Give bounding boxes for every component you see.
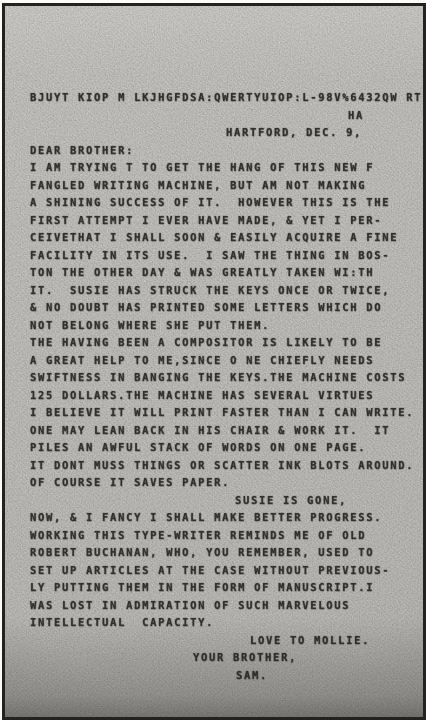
letter-line: THE HAVING BEEN A COMPOSITOR IS LIKELY T… [30,335,423,353]
letter-line: SWIFTNESS IN BANGING THE KEYS.THE MACHIN… [30,370,423,388]
letter-line: HA [30,108,423,126]
letter-line: ONE MAY LEAN BACK IN HIS CHAIR & WORK IT… [30,423,423,441]
letter-line: & NO DOUBT HAS PRINTED SOME LETTERS WHIC… [30,300,423,318]
letter-line: WAS LOST IN ADMIRATION OF SUCH MARVELOUS [30,598,423,616]
letter-line: NOW, & I FANCY I SHALL MAKE BETTER PROGR… [30,510,423,528]
letter-line: CEIVETHAT I SHALL SOON & EASILY ACQUIRE … [30,230,423,248]
letter-line: NOT BELONG WHERE SHE PUT THEM. [30,318,423,336]
letter-line: 125 DOLLARS.THE MACHINE HAS SEVERAL VIRT… [30,388,423,406]
letter-line: LOVE TO MOLLIE. [30,633,423,651]
letter-page: BJUYT KIOP M LKJHGFDSA:QWERTYUIOP:L-98V%… [5,6,423,717]
letter-line: WORKING THIS TYPE-WRITER REMINDS ME OF O… [30,528,423,546]
letter-line: SAM. [30,668,423,686]
letter-line: PILES AN AWFUL STACK OF WORDS ON ONE PAG… [30,440,423,458]
letter-line: SET UP ARTICLES AT THE CASE WITHOUT PREV… [30,563,423,581]
letter-line: SUSIE IS GONE, [30,493,423,511]
letter-line: YOUR BROTHER, [30,650,423,668]
letter-line: BJUYT KIOP M LKJHGFDSA:QWERTYUIOP:L-98V%… [30,90,423,108]
letter-line: A GREAT HELP TO ME,SINCE O NE CHIEFLY NE… [30,353,423,371]
letter-line: DEAR BROTHER: [30,143,423,161]
letter-line: FANGLED WRITING MACHINE, BUT AM NOT MAKI… [30,178,423,196]
letter-line: FACILITY IN ITS USE. I SAW THE THING IN … [30,248,423,266]
letter-body: BJUYT KIOP M LKJHGFDSA:QWERTYUIOP:L-98V%… [30,90,423,685]
letter-line: HARTFORD, DEC. 9, [30,125,423,143]
letter-line: IT DONT MUSS THINGS OR SCATTER INK BLOTS… [30,458,423,476]
letter-line: TON THE OTHER DAY & WAS GREATLY TAKEN WI… [30,265,423,283]
letter-line: FIRST ATTEMPT I EVER HAVE MADE, & YET I … [30,213,423,231]
letter-line: OF COURSE IT SAVES PAPER. [30,475,423,493]
letter-line: LY PUTTING THEM IN THE FORM OF MANUSCRIP… [30,580,423,598]
letter-line: INTELLECTUAL CAPACITY. [30,615,423,633]
letter-line: I AM TRYING T TO GET THE HANG OF THIS NE… [30,160,423,178]
letter-line: IT. SUSIE HAS STRUCK THE KEYS ONCE OR TW… [30,283,423,301]
letter-line: I BELIEVE IT WILL PRINT FASTER THAN I CA… [30,405,423,423]
letter-line: A SHINING SUCCESS OF IT. HOWEVER THIS IS… [30,195,423,213]
letter-photo: BJUYT KIOP M LKJHGFDSA:QWERTYUIOP:L-98V%… [2,3,426,720]
letter-line: ROBERT BUCHANAN, WHO, YOU REMEMBER, USED… [30,545,423,563]
